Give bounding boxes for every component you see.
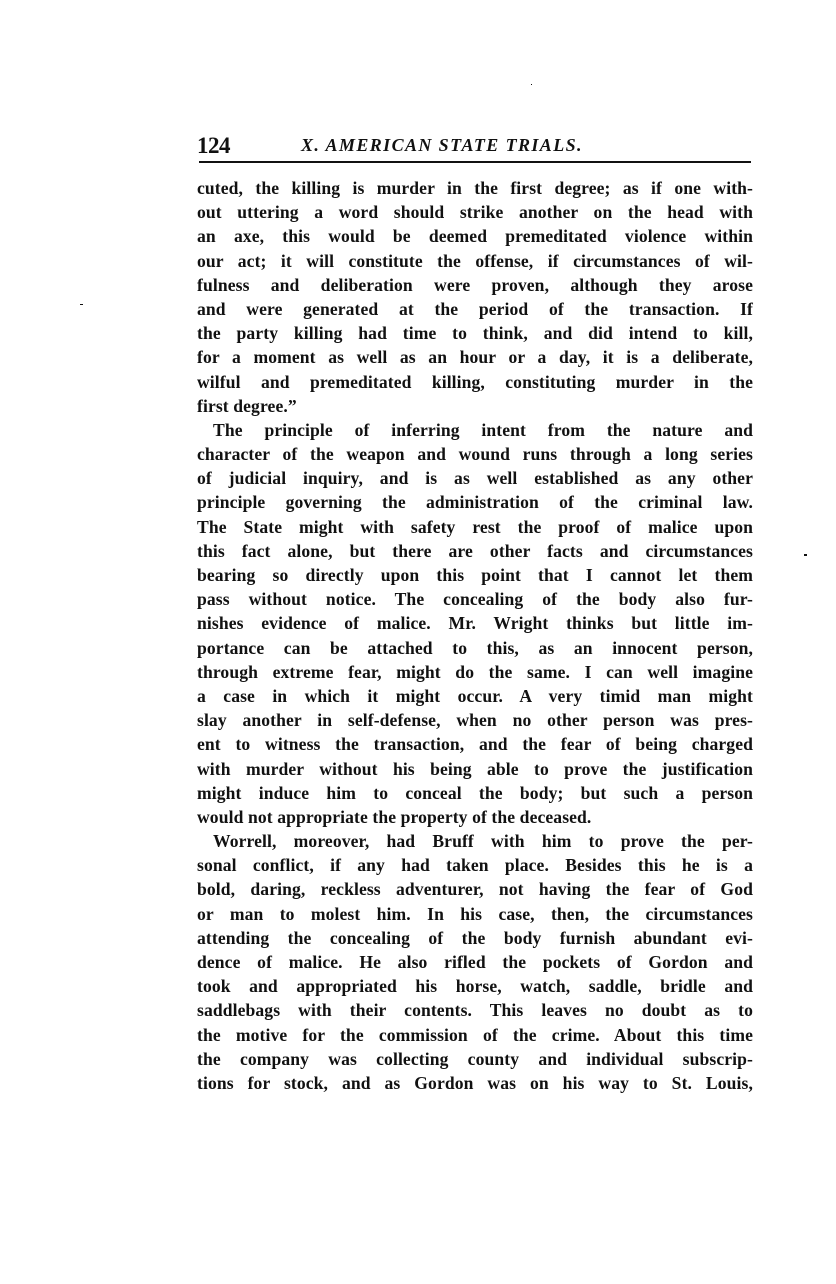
paragraph: The principle of inferring intent from t… bbox=[197, 418, 753, 829]
text-line: through extreme fear, might do the same.… bbox=[197, 660, 753, 684]
running-title: X. AMERICAN STATE TRIALS. bbox=[301, 135, 583, 156]
text-line: nishes evidence of malice. Mr. Wright th… bbox=[197, 611, 753, 635]
scan-speck bbox=[804, 554, 807, 556]
text-line: with murder without his being able to pr… bbox=[197, 757, 753, 781]
text-line: our act; it will constitute the offense,… bbox=[197, 249, 753, 273]
body-text: cuted, the killing is murder in the firs… bbox=[197, 176, 753, 1095]
text-line: sonal conflict, if any had taken place. … bbox=[197, 853, 753, 877]
text-line: the party killing had time to think, and… bbox=[197, 321, 753, 345]
text-line: saddlebags with their contents. This lea… bbox=[197, 998, 753, 1022]
text-line: character of the weapon and wound runs t… bbox=[197, 442, 753, 466]
text-line: and were generated at the period of the … bbox=[197, 297, 753, 321]
text-line: cuted, the killing is murder in the firs… bbox=[197, 176, 753, 200]
text-line: bearing so directly upon this point that… bbox=[197, 563, 753, 587]
text-line: dence of malice. He also rifled the pock… bbox=[197, 950, 753, 974]
text-line: pass without notice. The concealing of t… bbox=[197, 587, 753, 611]
text-line: ent to witness the transaction, and the … bbox=[197, 732, 753, 756]
text-line: an axe, this would be deemed premeditate… bbox=[197, 224, 753, 248]
text-line: wilful and premeditated killing, constit… bbox=[197, 370, 753, 394]
text-line: for a moment as well as an hour or a day… bbox=[197, 345, 753, 369]
text-line: principle governing the administration o… bbox=[197, 490, 753, 514]
text-line: the company was collecting county and in… bbox=[197, 1047, 753, 1071]
scan-speck bbox=[531, 84, 532, 85]
header-rule bbox=[199, 161, 751, 163]
text-line: took and appropriated his horse, watch, … bbox=[197, 974, 753, 998]
text-line: fulness and deliberation were proven, al… bbox=[197, 273, 753, 297]
paragraph: cuted, the killing is murder in the firs… bbox=[197, 176, 753, 418]
page-number: 124 bbox=[197, 133, 230, 159]
text-line: Worrell, moreover, had Bruff with him to… bbox=[197, 829, 753, 853]
text-line: first degree.” bbox=[197, 394, 753, 418]
page-header: 124 X. AMERICAN STATE TRIALS. bbox=[197, 133, 753, 161]
text-line: slay another in self-defense, when no ot… bbox=[197, 708, 753, 732]
book-page: 124 X. AMERICAN STATE TRIALS. cuted, the… bbox=[0, 0, 836, 1284]
text-line: of judicial inquiry, and is as well esta… bbox=[197, 466, 753, 490]
text-line: bold, daring, reckless adventurer, not h… bbox=[197, 877, 753, 901]
text-line: The State might with safety rest the pro… bbox=[197, 515, 753, 539]
text-line: portance can be attached to this, as an … bbox=[197, 636, 753, 660]
paragraph: Worrell, moreover, had Bruff with him to… bbox=[197, 829, 753, 1095]
text-line: attending the concealing of the body fur… bbox=[197, 926, 753, 950]
text-line: the motive for the commission of the cri… bbox=[197, 1023, 753, 1047]
text-line: a case in which it might occur. A very t… bbox=[197, 684, 753, 708]
text-line: or man to molest him. In his case, then,… bbox=[197, 902, 753, 926]
text-line: might induce him to conceal the body; bu… bbox=[197, 781, 753, 805]
text-line: would not appropriate the property of th… bbox=[197, 805, 753, 829]
text-line: out uttering a word should strike anothe… bbox=[197, 200, 753, 224]
scan-speck bbox=[80, 304, 83, 305]
text-line: tions for stock, and as Gordon was on hi… bbox=[197, 1071, 753, 1095]
text-line: The principle of inferring intent from t… bbox=[197, 418, 753, 442]
text-line: this fact alone, but there are other fac… bbox=[197, 539, 753, 563]
